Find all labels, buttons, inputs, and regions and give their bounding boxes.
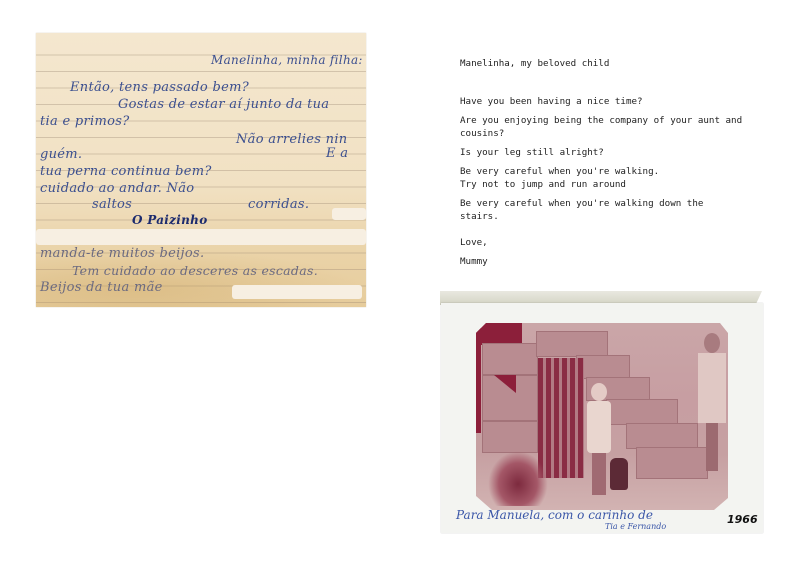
letter-line: manda-te muitos beijos.: [40, 246, 204, 261]
photo-year: 1966: [727, 513, 758, 526]
letter-line: Gostas de estar aí junto da tua: [118, 97, 329, 112]
stone-block: [536, 331, 608, 357]
stair-step: [606, 399, 678, 425]
translation-greeting: Manelinha, my beloved child: [460, 57, 609, 70]
stair-step: [626, 423, 698, 449]
plant: [488, 451, 548, 506]
shadow-area: [476, 323, 522, 345]
letter-line: cuidado ao andar. Não: [40, 181, 194, 196]
letter-salutation: Manelinha, minha filha:: [211, 53, 363, 67]
letter-line: guém.: [40, 147, 82, 162]
stone-block: [482, 343, 538, 375]
translation-line: Is your leg still alright?: [460, 146, 604, 159]
letter-line: Tem cuidado ao desceres as escadas.: [72, 263, 318, 278]
stair-step: [576, 355, 630, 379]
translation-line: Are you enjoying being the company of yo…: [460, 114, 742, 127]
translation-line: Be very careful when you're walking down…: [460, 197, 703, 210]
adult-figure: [698, 333, 728, 473]
translation-signature: Mummy: [460, 255, 488, 268]
redaction-block: [332, 208, 366, 220]
stone-block: [482, 421, 538, 453]
handwritten-letter: Manelinha, minha filha: Então, tens pass…: [36, 33, 366, 307]
photo-caption-signature: Tia e Fernando: [605, 522, 666, 531]
photo-caption: Para Manuela, com o carinho de: [456, 508, 653, 522]
shadow-area: [476, 323, 481, 433]
letter-line: saltos: [92, 197, 132, 212]
small-dog: [610, 458, 628, 490]
translation-line: cousins?: [460, 127, 504, 140]
letter-line: tia e primos?: [40, 114, 129, 129]
translation-line: Have you been having a nice time?: [460, 95, 643, 108]
letter-line: tua perna continua bem?: [40, 164, 212, 179]
translation-line: stairs.: [460, 210, 499, 223]
letter-line: Beijos da tua mãe: [40, 280, 163, 295]
redaction-block: [232, 285, 362, 299]
letter-line: E a: [326, 146, 348, 161]
letter-line: O Paizinho: [132, 213, 208, 227]
redaction-block: [36, 229, 366, 245]
translation-line: Try not to jump and run around: [460, 178, 626, 191]
letter-line: Então, tens passado bem?: [70, 80, 249, 95]
translation-line: Be very careful when you're walking.: [460, 165, 659, 178]
translation-closing: Love,: [460, 236, 488, 249]
letter-line: Não arrelies nin: [236, 132, 347, 147]
vintage-photograph: [476, 323, 728, 510]
letter-line: corridas.: [248, 197, 309, 212]
